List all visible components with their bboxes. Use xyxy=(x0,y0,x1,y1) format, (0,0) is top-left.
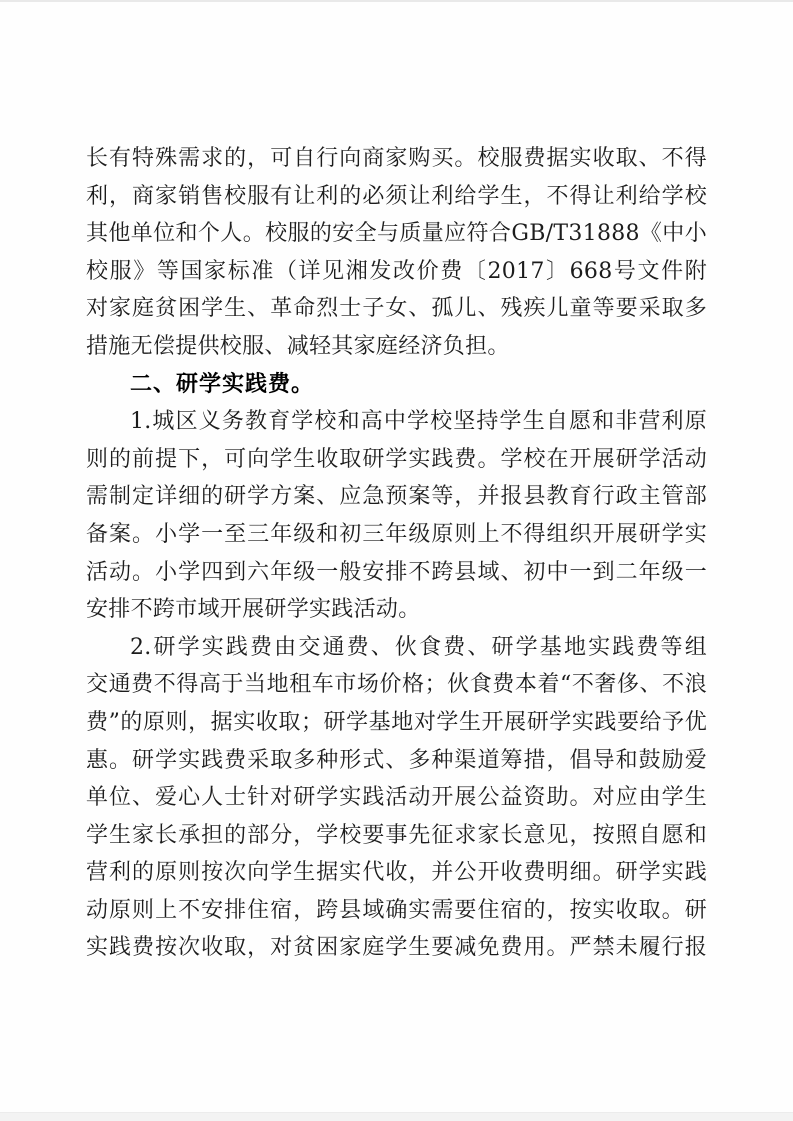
document-text: 长有特殊需求的，可自行向商家购买。校服费据实收取、不得营利，商家销售校服有让利的… xyxy=(86,140,707,967)
text-line: 实践费按次收取，对贫困家庭学生要减免费用。严禁未履行报备 xyxy=(86,929,707,967)
section-heading: 二、研学实践费。 xyxy=(86,366,707,404)
text-line: 单位、爱心人士针对研学实践活动开展公益资助。对应由学生或 xyxy=(86,779,707,817)
text-line: 活动。小学四到六年级一般安排不跨县域、初中一到二年级一般 xyxy=(86,554,707,592)
text-line: 交通费不得高于当地租车市场价格；伙食费本着“不奢侈、不浪 xyxy=(86,666,707,704)
text-line: 费”的原则，据实收取；研学基地对学生开展研学实践要给予优 xyxy=(86,704,707,742)
text-line: 则的前提下，可向学生收取研学实践费。学校在开展研学活动前 xyxy=(86,441,707,479)
text-line: 措施无偿提供校服、减轻其家庭经济负担。 xyxy=(86,328,707,366)
text-line: 备案。小学一至三年级和初三年级原则上不得组织开展研学实践 xyxy=(86,516,707,554)
text-line: 2.研学实践费由交通费、伙食费、研学基地实践费等组成。 xyxy=(86,629,707,667)
text-line: 利，商家销售校服有让利的必须让利给学生，不得让利给学校等 xyxy=(86,178,707,216)
text-line: 需制定详细的研学方案、应急预案等，并报县教育行政主管部门 xyxy=(86,478,707,516)
text-line: 惠。研学实践费采取多种形式、多种渠道筹措，倡导和鼓励爱心 xyxy=(86,742,707,780)
text-line: 学生家长承担的部分，学校要事先征求家长意见，按照自愿和非 xyxy=(86,817,707,855)
text-line: 1.城区义务教育学校和高中学校坚持学生自愿和非营利原 xyxy=(86,403,707,441)
document-page: 长有特殊需求的，可自行向商家购买。校服费据实收取、不得营利，商家销售校服有让利的… xyxy=(0,0,793,1121)
scan-edge-bottom xyxy=(0,1112,793,1121)
text-line: 对家庭贫困学生、革命烈士子女、孤儿、残疾儿童等要采取多种 xyxy=(86,290,707,328)
text-line: 动原则上不安排住宿，跨县域确实需要住宿的，按实收取。研学 xyxy=(86,892,707,930)
text-line: 营利的原则按次向学生据实代收，并公开收费明细。研学实践活 xyxy=(86,854,707,892)
text-line: 安排不跨市域开展研学实践活动。 xyxy=(86,591,707,629)
text-line: 其他单位和个人。校服的安全与质量应符合GB/T31888《中小学 xyxy=(86,215,707,253)
text-line: 校服》等国家标准（详见湘发改价费〔2017〕668号文件附表）。 xyxy=(86,253,707,291)
text-line: 长有特殊需求的，可自行向商家购买。校服费据实收取、不得营 xyxy=(86,140,707,178)
scan-edge-top xyxy=(0,0,793,2)
